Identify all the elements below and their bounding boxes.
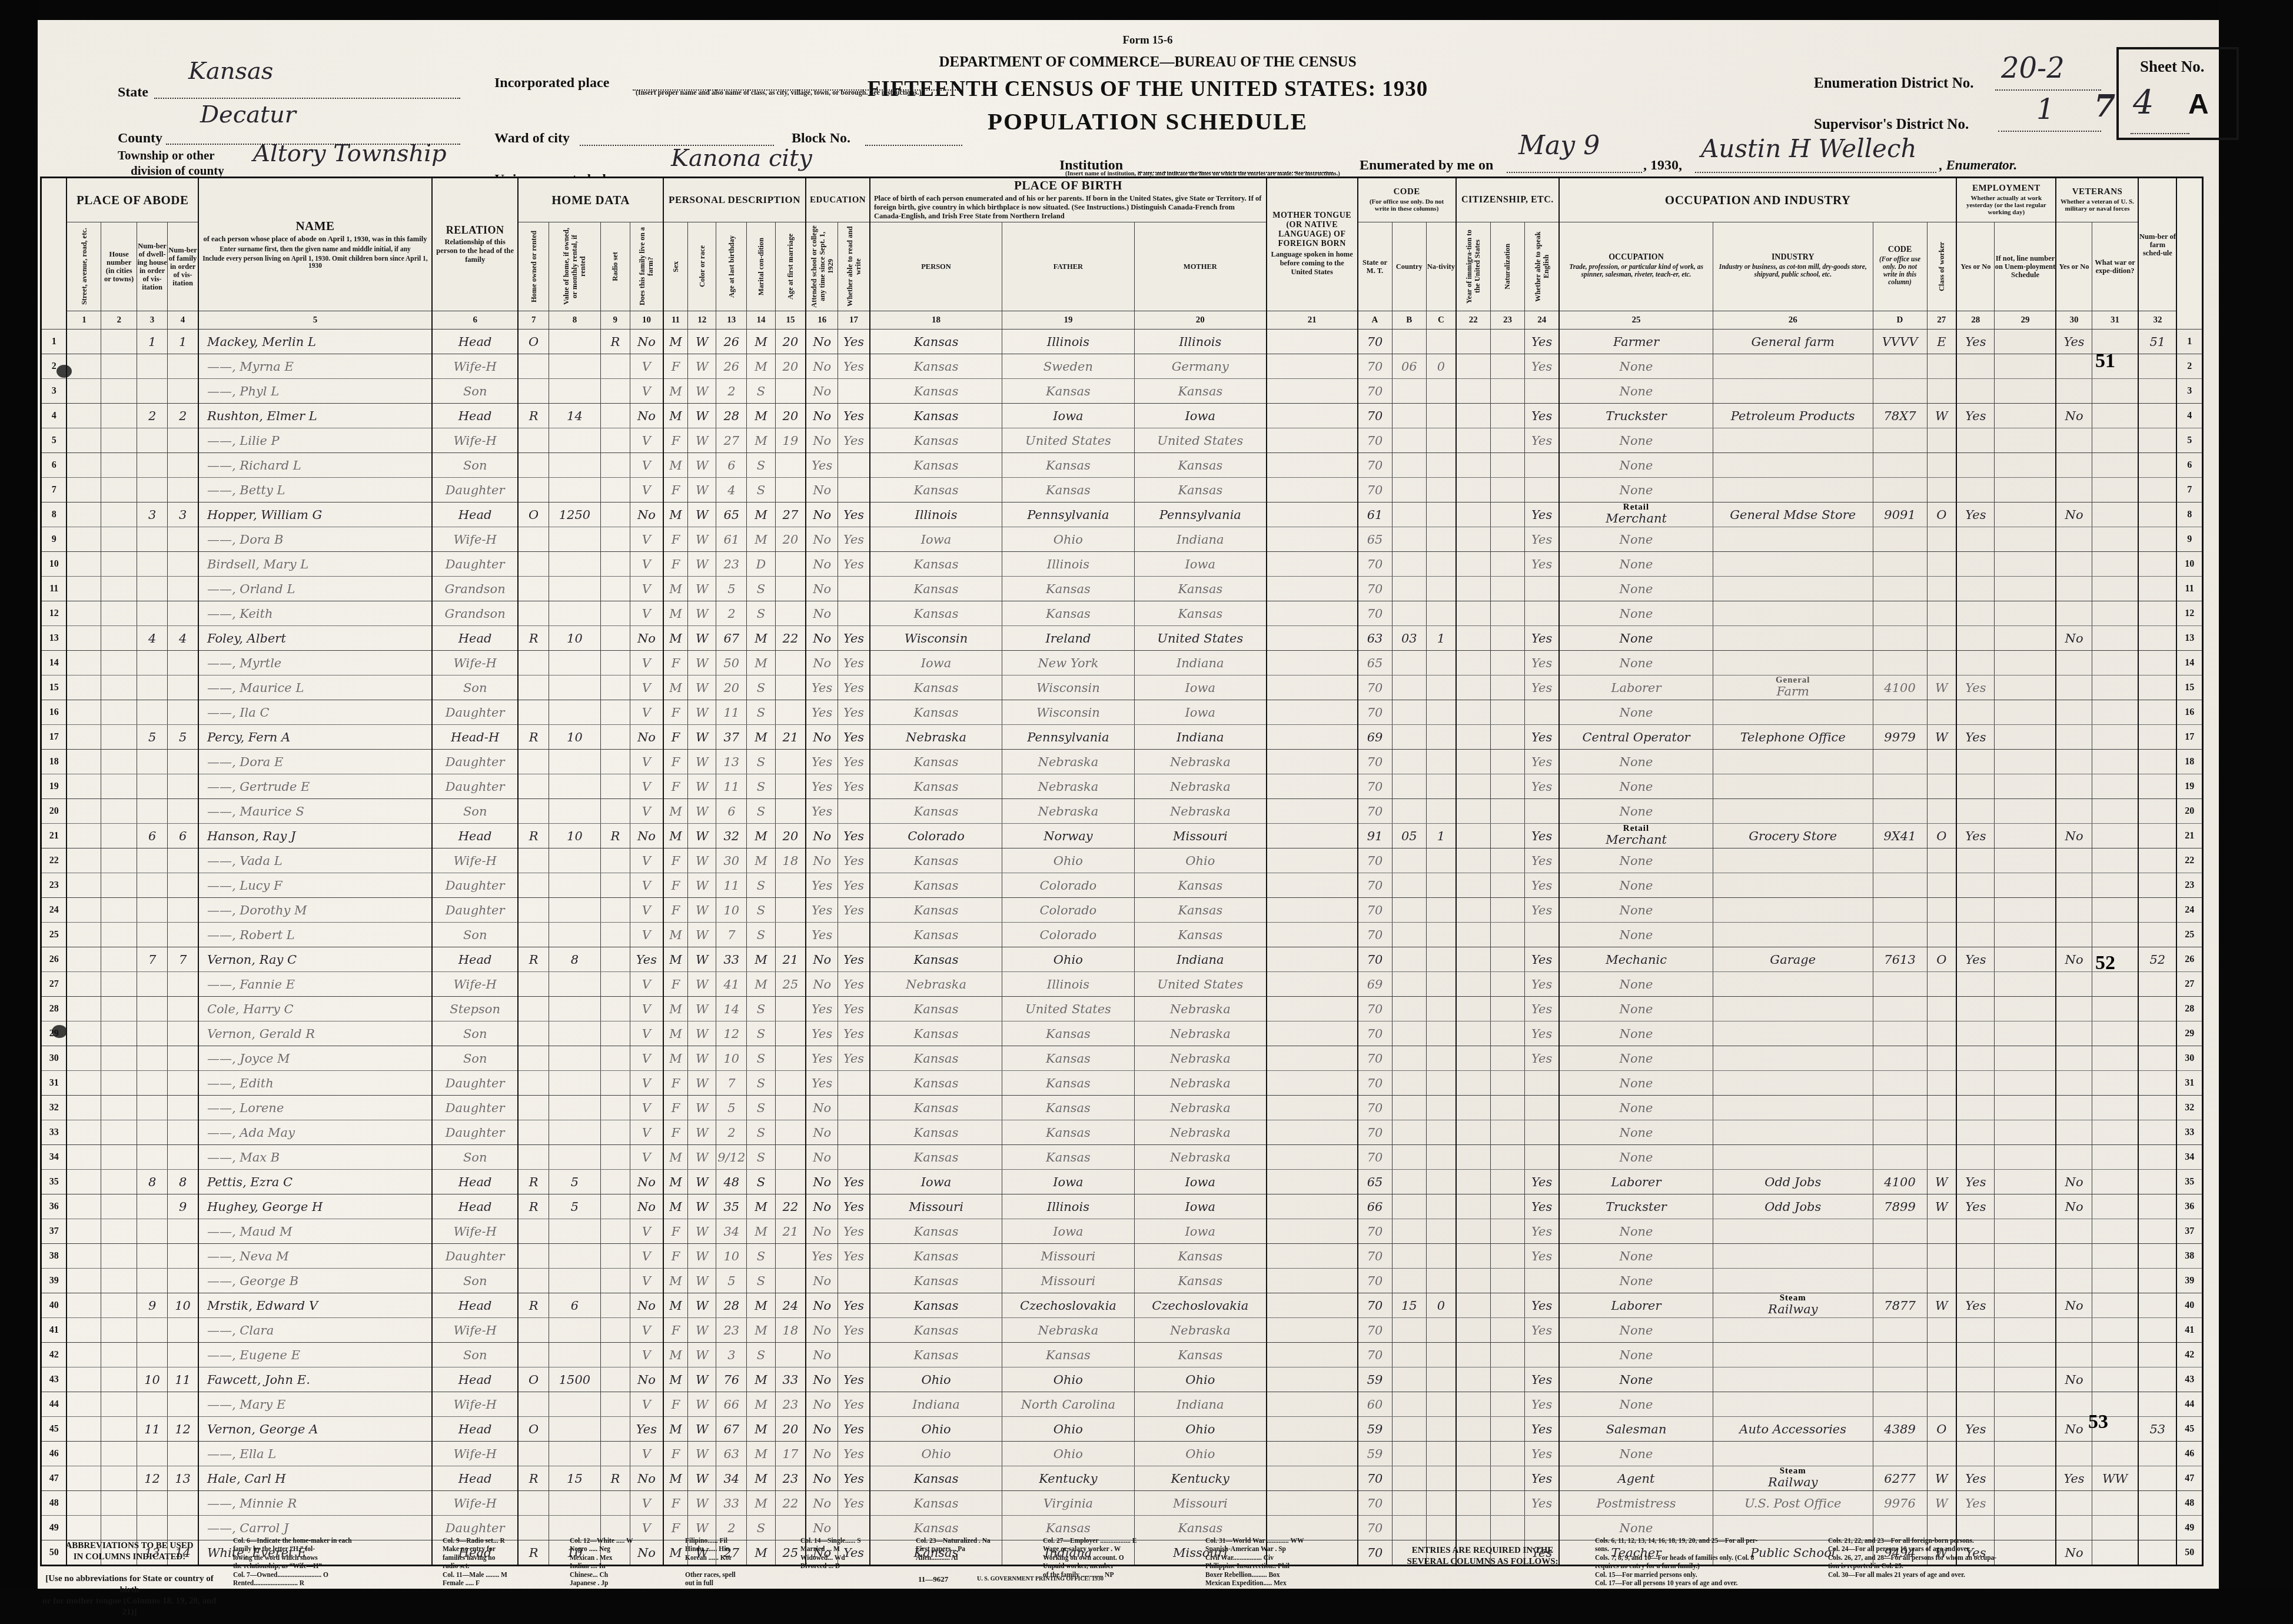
cell-home bbox=[518, 923, 549, 947]
cell-age: 33 bbox=[716, 947, 747, 972]
cell-bpm: Indiana bbox=[1134, 725, 1267, 750]
cell-val: 6 bbox=[549, 1293, 601, 1318]
cell-afm bbox=[775, 675, 806, 700]
cell-f: 6 bbox=[168, 824, 198, 848]
cell-eng bbox=[1525, 1343, 1560, 1367]
cell-age: 5 bbox=[716, 1096, 747, 1120]
cell-yr bbox=[1456, 1367, 1491, 1392]
cell-bp: Kansas bbox=[870, 700, 1002, 725]
cell-nat bbox=[1490, 453, 1525, 478]
cell-frm: V bbox=[630, 1219, 663, 1244]
cell-street bbox=[67, 774, 101, 799]
cell-bpm: Iowa bbox=[1134, 552, 1267, 577]
cell-cD bbox=[1873, 626, 1927, 651]
colnum-16: 16 bbox=[806, 311, 838, 330]
cell-cls bbox=[1927, 848, 1956, 873]
line-number: 5 bbox=[41, 428, 67, 453]
cell-cr: W bbox=[688, 997, 716, 1021]
cell-ind bbox=[1713, 997, 1873, 1021]
cell-bpf: Ohio bbox=[1002, 527, 1135, 552]
cell-fs bbox=[2138, 972, 2176, 997]
cell-home bbox=[518, 1120, 549, 1145]
band-employment: EMPLOYMENTWhether actually at work yeste… bbox=[1956, 178, 2056, 222]
cell-rel: Head-H bbox=[432, 725, 518, 750]
cell-bpm: Indiana bbox=[1134, 947, 1267, 972]
cell-lang bbox=[1267, 1194, 1358, 1219]
cell-wk bbox=[1956, 774, 1995, 799]
cell-home bbox=[518, 1442, 549, 1466]
cell-afm: 20 bbox=[775, 1417, 806, 1442]
cell-d bbox=[137, 1318, 167, 1343]
cell-war bbox=[2092, 453, 2138, 478]
cell-lang bbox=[1267, 675, 1358, 700]
cell-vet bbox=[2056, 873, 2092, 898]
cell-sx: F bbox=[663, 1120, 688, 1145]
cell-cA: 70 bbox=[1358, 848, 1393, 873]
cell-house bbox=[101, 1194, 137, 1219]
cell-f bbox=[168, 1145, 198, 1170]
cell-unemp bbox=[1995, 799, 2056, 824]
cell-yr bbox=[1456, 453, 1491, 478]
cell-street bbox=[67, 799, 101, 824]
cell-bpm: Ohio bbox=[1134, 1417, 1267, 1442]
cell-occ: Agent bbox=[1559, 1466, 1713, 1491]
cell-ind bbox=[1713, 1367, 1873, 1392]
cell-wk bbox=[1956, 1096, 1995, 1120]
cell-rad bbox=[600, 1071, 630, 1096]
cell-rad bbox=[600, 675, 630, 700]
cell-rel: Head bbox=[432, 1367, 518, 1392]
cell-cD: 6277 bbox=[1873, 1466, 1927, 1491]
cell-cD bbox=[1873, 428, 1927, 453]
cell-fs bbox=[2138, 478, 2176, 502]
cell-rad bbox=[600, 1170, 630, 1194]
cell-afm bbox=[775, 1145, 806, 1170]
sheet-label: Sheet No. bbox=[2140, 58, 2205, 76]
colhead-afm: Age at first marriage bbox=[775, 222, 806, 311]
abbr-col12: Col. 12—White ..... W Negro ..... Neg Me… bbox=[570, 1537, 670, 1584]
cell-bp: Kansas bbox=[870, 898, 1002, 923]
cell-bpf: Nebraska bbox=[1002, 774, 1135, 799]
cell-d: 8 bbox=[137, 1170, 167, 1194]
cell-age: 5 bbox=[716, 1269, 747, 1293]
cell-frm: V bbox=[630, 972, 663, 997]
cell-ind: Grocery Store bbox=[1713, 824, 1873, 848]
cell-bpf: Wisconsin bbox=[1002, 675, 1135, 700]
cell-f: 13 bbox=[168, 1466, 198, 1491]
cell-fs bbox=[2138, 1096, 2176, 1120]
cell-cr: W bbox=[688, 1244, 716, 1269]
cell-d: 6 bbox=[137, 824, 167, 848]
cell-cC bbox=[1427, 330, 1456, 354]
person-row-12: 12——, KeithGrandsonVMW2SNoKansasKansasKa… bbox=[41, 601, 2203, 626]
cell-rw: Yes bbox=[838, 725, 870, 750]
cell-name: ——, Keith bbox=[198, 601, 432, 626]
cell-fs bbox=[2138, 725, 2176, 750]
cell-val bbox=[549, 1120, 601, 1145]
cell-lang bbox=[1267, 601, 1358, 626]
line-number: 5 bbox=[2176, 428, 2202, 453]
cell-fs bbox=[2138, 428, 2176, 453]
margin-tally-52: 52 bbox=[2095, 952, 2115, 974]
cell-d: 4 bbox=[137, 626, 167, 651]
cell-bp: Kansas bbox=[870, 848, 1002, 873]
cell-bpf: New York bbox=[1002, 651, 1135, 675]
cell-frm: Yes bbox=[630, 1417, 663, 1442]
cell-war bbox=[2092, 1244, 2138, 1269]
cell-name: ——, Ila C bbox=[198, 700, 432, 725]
line-number: 32 bbox=[2176, 1096, 2202, 1120]
cell-war bbox=[2092, 774, 2138, 799]
cell-sch: No bbox=[806, 1219, 838, 1244]
cell-wk: Yes bbox=[1956, 1417, 1995, 1442]
cell-fs bbox=[2138, 873, 2176, 898]
cell-cls bbox=[1927, 601, 1956, 626]
cell-cD: 9976 bbox=[1873, 1491, 1927, 1516]
cell-nat bbox=[1490, 1170, 1525, 1194]
cell-f bbox=[168, 750, 198, 774]
line-number: 33 bbox=[2176, 1120, 2202, 1145]
cell-nat bbox=[1490, 675, 1525, 700]
cell-yr bbox=[1456, 725, 1491, 750]
cell-rad bbox=[600, 1046, 630, 1071]
cell-wk bbox=[1956, 354, 1995, 379]
township-label-1: Township or other bbox=[118, 148, 215, 163]
cell-age: 3 bbox=[716, 1343, 747, 1367]
cell-afm: 17 bbox=[775, 1442, 806, 1466]
cell-ind: GeneralFarm bbox=[1713, 675, 1873, 700]
cell-ind bbox=[1713, 1096, 1873, 1120]
cell-eng: Yes bbox=[1525, 527, 1560, 552]
cell-cB bbox=[1392, 1194, 1427, 1219]
cell-home bbox=[518, 997, 549, 1021]
cell-d bbox=[137, 750, 167, 774]
cell-lang bbox=[1267, 1046, 1358, 1071]
cell-afm: 19 bbox=[775, 428, 806, 453]
cell-bp: Kansas bbox=[870, 923, 1002, 947]
cell-house bbox=[101, 873, 137, 898]
cell-bpf: Missouri bbox=[1002, 1244, 1135, 1269]
cell-rad bbox=[600, 1021, 630, 1046]
cell-val: 10 bbox=[549, 824, 601, 848]
cell-wk bbox=[1956, 898, 1995, 923]
cell-name: Mrstik, Edward V bbox=[198, 1293, 432, 1318]
cell-bpm: Nebraska bbox=[1134, 750, 1267, 774]
cell-war bbox=[2092, 848, 2138, 873]
cell-bpf: Kansas bbox=[1002, 1343, 1135, 1367]
cell-f bbox=[168, 1318, 198, 1343]
cell-nat bbox=[1490, 1096, 1525, 1120]
cell-street bbox=[67, 848, 101, 873]
cell-cD: 7877 bbox=[1873, 1293, 1927, 1318]
cell-rw bbox=[838, 1343, 870, 1367]
cell-lang bbox=[1267, 1021, 1358, 1046]
cell-mar: S bbox=[747, 675, 775, 700]
cell-cA: 70 bbox=[1358, 700, 1393, 725]
cell-unemp bbox=[1995, 997, 2056, 1021]
cell-val bbox=[549, 1046, 601, 1071]
cell-age: 2 bbox=[716, 1120, 747, 1145]
line-number: 14 bbox=[2176, 651, 2202, 675]
cell-cr: W bbox=[688, 873, 716, 898]
cell-wk bbox=[1956, 972, 1995, 997]
cell-vet bbox=[2056, 972, 2092, 997]
cell-cB bbox=[1392, 1021, 1427, 1046]
cell-wk: Yes bbox=[1956, 1491, 1995, 1516]
cell-yr bbox=[1456, 1466, 1491, 1491]
cell-yr bbox=[1456, 997, 1491, 1021]
cell-age: 12 bbox=[716, 1021, 747, 1046]
cell-nat bbox=[1490, 1244, 1525, 1269]
line-number: 15 bbox=[41, 675, 67, 700]
cell-f bbox=[168, 997, 198, 1021]
cell-fs bbox=[2138, 700, 2176, 725]
cell-d: 11 bbox=[137, 1417, 167, 1442]
cell-occ: Laborer bbox=[1559, 1293, 1713, 1318]
cell-street bbox=[67, 354, 101, 379]
cell-cB bbox=[1392, 799, 1427, 824]
cell-cls bbox=[1927, 577, 1956, 601]
cell-war bbox=[2092, 379, 2138, 404]
cell-eng: Yes bbox=[1525, 1170, 1560, 1194]
cell-f bbox=[168, 1269, 198, 1293]
cell-d bbox=[137, 1120, 167, 1145]
cell-vet: No bbox=[2056, 1417, 2092, 1442]
cell-bpf: Colorado bbox=[1002, 923, 1135, 947]
cell-cr: W bbox=[688, 700, 716, 725]
cell-war bbox=[2092, 428, 2138, 453]
cell-val bbox=[549, 1269, 601, 1293]
cell-fs bbox=[2138, 1491, 2176, 1516]
cell-f bbox=[168, 1120, 198, 1145]
cell-bpm: Kansas bbox=[1134, 453, 1267, 478]
line-number: 41 bbox=[41, 1318, 67, 1343]
person-row-7: 7——, Betty LDaughterVFW4SNoKansasKansasK… bbox=[41, 478, 2203, 502]
colhead-race: Color or race bbox=[688, 222, 716, 311]
cell-lang bbox=[1267, 502, 1358, 527]
cell-cB bbox=[1392, 1343, 1427, 1367]
line-number: 1 bbox=[41, 330, 67, 354]
line-number: 9 bbox=[2176, 527, 2202, 552]
cell-ind bbox=[1713, 848, 1873, 873]
cell-sch: No bbox=[806, 824, 838, 848]
cell-rw: Yes bbox=[838, 873, 870, 898]
line-number: 28 bbox=[2176, 997, 2202, 1021]
cell-name: ——, Myrna E bbox=[198, 354, 432, 379]
cell-f bbox=[168, 1491, 198, 1516]
cell-vet bbox=[2056, 354, 2092, 379]
cell-age: 9/12 bbox=[716, 1145, 747, 1170]
cell-fs bbox=[2138, 1145, 2176, 1170]
cell-mar: M bbox=[747, 330, 775, 354]
cell-eng: Yes bbox=[1525, 1318, 1560, 1343]
cell-rw: Yes bbox=[838, 1417, 870, 1442]
cell-val bbox=[549, 1491, 601, 1516]
cell-fs bbox=[2138, 997, 2176, 1021]
cell-wk bbox=[1956, 478, 1995, 502]
cell-home: R bbox=[518, 626, 549, 651]
cell-unemp bbox=[1995, 725, 2056, 750]
line-number: 36 bbox=[2176, 1194, 2202, 1219]
cell-f bbox=[168, 700, 198, 725]
cell-nat bbox=[1490, 725, 1525, 750]
cell-mar: M bbox=[747, 502, 775, 527]
cell-sch: No bbox=[806, 330, 838, 354]
cell-eng: Yes bbox=[1525, 1219, 1560, 1244]
cell-f: 9 bbox=[168, 1194, 198, 1219]
cell-wk bbox=[1956, 1219, 1995, 1244]
cell-street bbox=[67, 700, 101, 725]
cell-lang bbox=[1267, 774, 1358, 799]
cell-bp: Kansas bbox=[870, 997, 1002, 1021]
cell-ind bbox=[1713, 923, 1873, 947]
cell-cC bbox=[1427, 799, 1456, 824]
cell-bpm: Nebraska bbox=[1134, 1021, 1267, 1046]
cell-d bbox=[137, 700, 167, 725]
cell-f bbox=[168, 1442, 198, 1466]
cell-afm bbox=[775, 1046, 806, 1071]
township-value: Altory Township bbox=[253, 140, 447, 167]
cell-occ: RetailMerchant bbox=[1559, 502, 1713, 527]
line-number: 27 bbox=[41, 972, 67, 997]
cell-rad bbox=[600, 799, 630, 824]
cell-name: Hale, Carl H bbox=[198, 1466, 432, 1491]
cell-f bbox=[168, 552, 198, 577]
cell-cr: W bbox=[688, 1318, 716, 1343]
cell-rel: Wife-H bbox=[432, 354, 518, 379]
cell-cls: W bbox=[1927, 675, 1956, 700]
cell-street bbox=[67, 947, 101, 972]
cell-unemp bbox=[1995, 1392, 2056, 1417]
cell-bpm: United States bbox=[1134, 972, 1267, 997]
cell-home bbox=[518, 1046, 549, 1071]
cell-war bbox=[2092, 1120, 2138, 1145]
cell-rw: Yes bbox=[838, 898, 870, 923]
cell-name: Pettis, Ezra C bbox=[198, 1170, 432, 1194]
cell-home bbox=[518, 379, 549, 404]
cell-unemp bbox=[1995, 1269, 2056, 1293]
person-row-30: 30——, Joyce MSonVMW10SYesYesKansasKansas… bbox=[41, 1046, 2203, 1071]
cell-cC bbox=[1427, 700, 1456, 725]
cell-rw: Yes bbox=[838, 626, 870, 651]
cell-mar: M bbox=[747, 1318, 775, 1343]
cell-afm: 24 bbox=[775, 1293, 806, 1318]
cell-lang bbox=[1267, 1269, 1358, 1293]
cell-street bbox=[67, 1046, 101, 1071]
cell-street bbox=[67, 1145, 101, 1170]
cell-cB bbox=[1392, 404, 1427, 428]
cell-eng: Yes bbox=[1525, 651, 1560, 675]
cell-house bbox=[101, 675, 137, 700]
cell-frm: V bbox=[630, 428, 663, 453]
cell-cr: W bbox=[688, 972, 716, 997]
cell-rel: Daughter bbox=[432, 873, 518, 898]
person-row-41: 41——, ClaraWife-HVFW23M18NoYesKansasNebr… bbox=[41, 1318, 2203, 1343]
cell-lang bbox=[1267, 750, 1358, 774]
cell-wk bbox=[1956, 799, 1995, 824]
cell-rw: Yes bbox=[838, 675, 870, 700]
cell-unemp bbox=[1995, 1442, 2056, 1466]
cell-cls bbox=[1927, 1367, 1956, 1392]
cell-sch: Yes bbox=[806, 750, 838, 774]
cell-mar: M bbox=[747, 1392, 775, 1417]
cell-cA: 70 bbox=[1358, 774, 1393, 799]
cell-war bbox=[2092, 1442, 2138, 1466]
cell-occ: None bbox=[1559, 799, 1713, 824]
cell-cC bbox=[1427, 1194, 1456, 1219]
cell-sch: No bbox=[806, 601, 838, 626]
person-row-31: 31——, EdithDaughterVFW7SYesKansasKansasN… bbox=[41, 1071, 2203, 1096]
colhead-cD: CODE(For office use only. Do not write i… bbox=[1873, 222, 1927, 311]
entries-a: Cols. 6, 11, 12, 13, 14, 16, 18, 19, 20,… bbox=[1595, 1537, 1813, 1584]
cell-sx: M bbox=[663, 923, 688, 947]
cell-cr: W bbox=[688, 1491, 716, 1516]
cell-cB bbox=[1392, 848, 1427, 873]
cell-val bbox=[549, 651, 601, 675]
cell-rad bbox=[600, 527, 630, 552]
cell-house bbox=[101, 1021, 137, 1046]
cell-bp: Kansas bbox=[870, 1466, 1002, 1491]
cell-sx: M bbox=[663, 379, 688, 404]
cell-sch: Yes bbox=[806, 898, 838, 923]
line-number: 29 bbox=[2176, 1021, 2202, 1046]
cell-bpm: Indiana bbox=[1134, 527, 1267, 552]
cell-name: ——, Maurice L bbox=[198, 675, 432, 700]
cell-val bbox=[549, 330, 601, 354]
cell-fs bbox=[2138, 1194, 2176, 1219]
cell-afm bbox=[775, 1170, 806, 1194]
cell-cB bbox=[1392, 1096, 1427, 1120]
colnum-9: 9 bbox=[600, 311, 630, 330]
cell-lang bbox=[1267, 1219, 1358, 1244]
cell-home bbox=[518, 577, 549, 601]
colhead-sch: Attended school or college any time sinc… bbox=[806, 222, 838, 311]
cell-vet bbox=[2056, 651, 2092, 675]
cell-war bbox=[2092, 1219, 2138, 1244]
cell-rw: Yes bbox=[838, 1392, 870, 1417]
colnum-24: 24 bbox=[1525, 311, 1560, 330]
cell-rad bbox=[600, 1491, 630, 1516]
cell-lang bbox=[1267, 453, 1358, 478]
cell-f bbox=[168, 873, 198, 898]
cell-d bbox=[137, 1046, 167, 1071]
cell-nat bbox=[1490, 577, 1525, 601]
cell-war bbox=[2092, 626, 2138, 651]
colnum-4: 4 bbox=[168, 311, 198, 330]
cell-sch: No bbox=[806, 1096, 838, 1120]
cell-war bbox=[2092, 1318, 2138, 1343]
cell-nat bbox=[1490, 1120, 1525, 1145]
cell-lang bbox=[1267, 947, 1358, 972]
cell-wk: Yes bbox=[1956, 404, 1995, 428]
cell-sx: F bbox=[663, 552, 688, 577]
cell-home bbox=[518, 1219, 549, 1244]
cell-cD bbox=[1873, 1269, 1927, 1293]
cell-rel: Wife-H bbox=[432, 1442, 518, 1466]
cell-frm: No bbox=[630, 502, 663, 527]
cell-cC bbox=[1427, 675, 1456, 700]
colhead-person: PERSON bbox=[870, 222, 1002, 311]
cell-nat bbox=[1490, 997, 1525, 1021]
person-row-26: 2677Vernon, Ray CHeadR8YesMW33M21NoYesKa… bbox=[41, 947, 2203, 972]
cell-rel: Head bbox=[432, 1293, 518, 1318]
cell-val bbox=[549, 750, 601, 774]
cell-mar: M bbox=[747, 972, 775, 997]
cell-d: 10 bbox=[137, 1367, 167, 1392]
cell-bp: Kansas bbox=[870, 478, 1002, 502]
cell-lang bbox=[1267, 1145, 1358, 1170]
cell-cD: 7613 bbox=[1873, 947, 1927, 972]
